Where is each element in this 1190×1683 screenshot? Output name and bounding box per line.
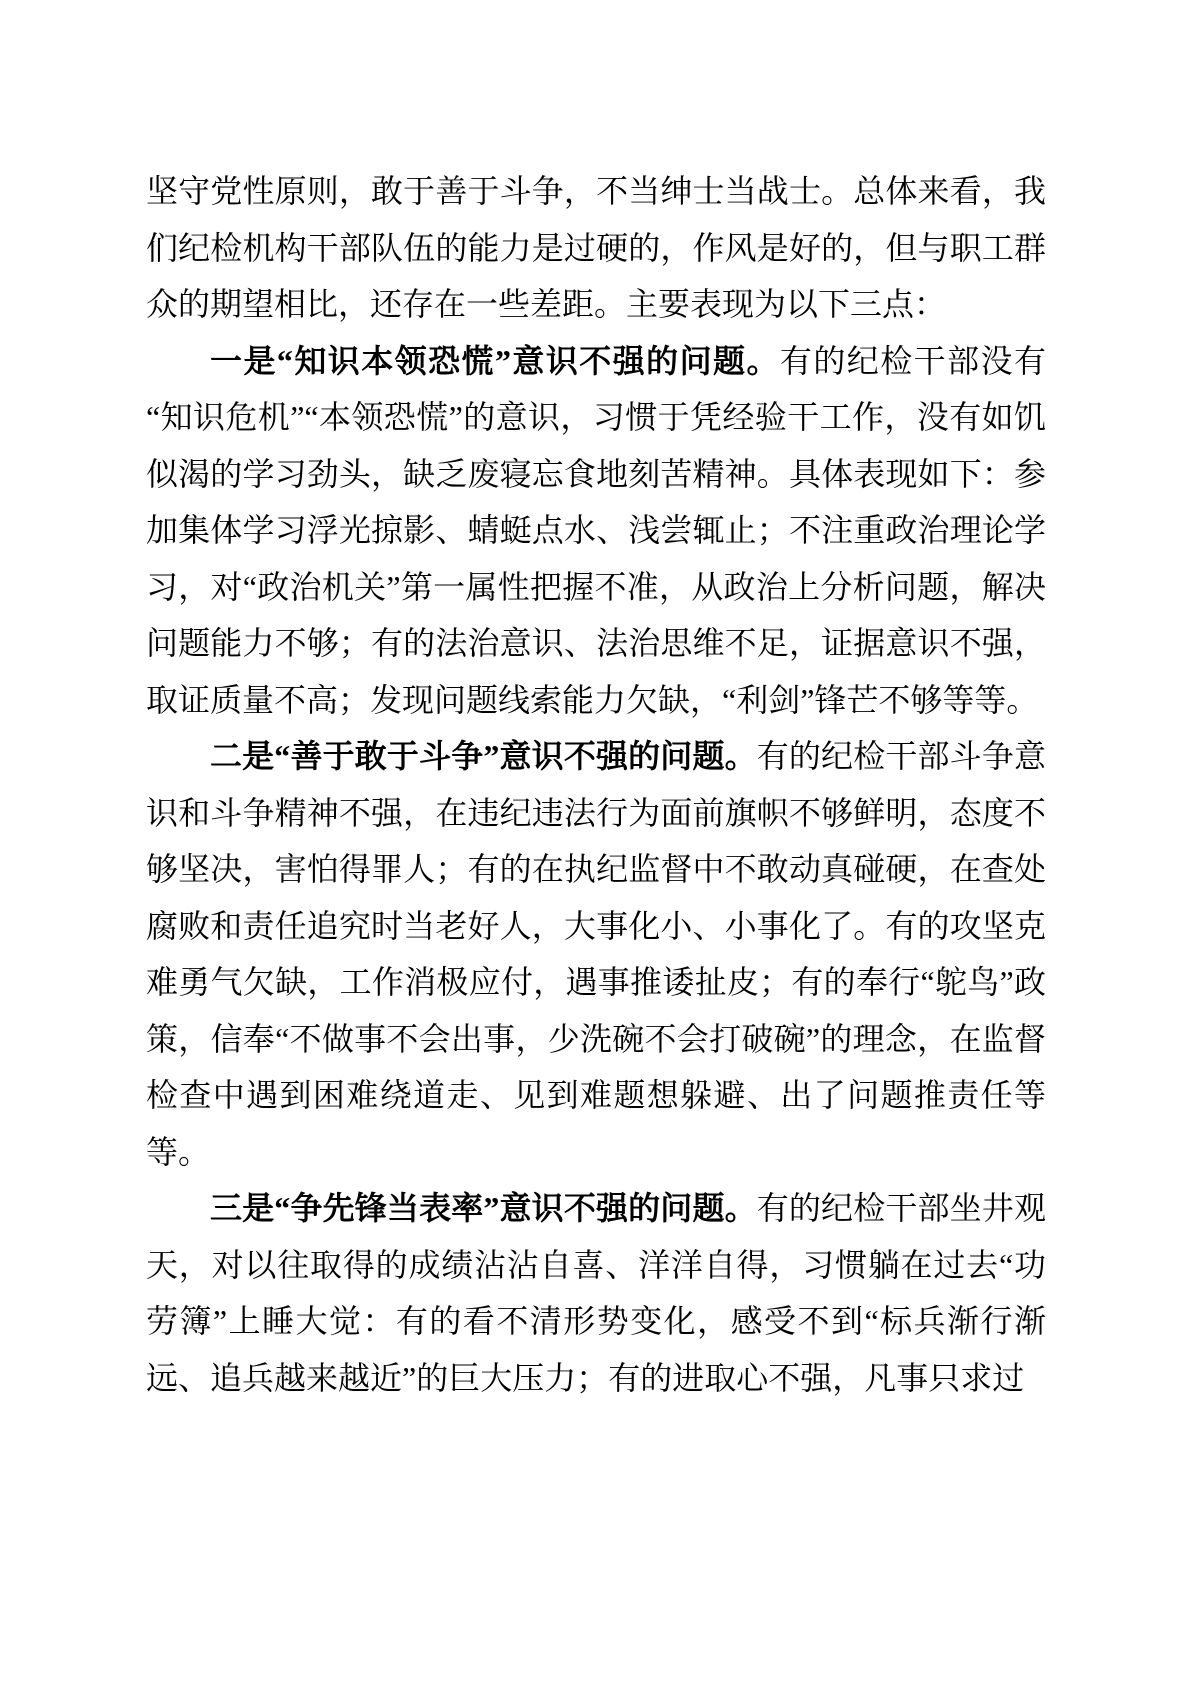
paragraph-continuation-text: 坚守党性原则，敢于善于斗争，不当绅士当战士。总体来看，我们纪检机构干部队伍的能力…	[146, 173, 1046, 322]
paragraph-point-2-text: 有的纪检干部斗争意识和斗争精神不强，在违纪违法行为面前旗帜不够鲜明，态度不够坚决…	[146, 738, 1046, 1170]
paragraph-continuation: 坚守党性原则，敢于善于斗争，不当绅士当战士。总体来看，我们纪检机构干部队伍的能力…	[146, 163, 1046, 333]
paragraph-point-1: 一是“知识本领恐慌”意识不强的问题。有的纪检干部没有“知识危机”“本领恐慌”的意…	[146, 333, 1046, 729]
document-text-block: 坚守党性原则，敢于善于斗争，不当绅士当战士。总体来看，我们纪检机构干部队伍的能力…	[146, 163, 1046, 1406]
paragraph-point-3: 三是“争先锋当表率”意识不强的问题。有的纪检干部坐井观天，对以往取得的成绩沾沾自…	[146, 1180, 1046, 1406]
paragraph-point-2: 二是“善于敢于斗争”意识不强的问题。有的纪检干部斗争意识和斗争精神不强，在违纪违…	[146, 728, 1046, 1180]
paragraph-point-1-lead: 一是“知识本领恐慌”意识不强的问题。	[210, 343, 780, 379]
paragraph-point-3-lead: 三是“争先锋当表率”意识不强的问题。	[210, 1190, 757, 1226]
paragraph-point-2-lead: 二是“善于敢于斗争”意识不强的问题。	[210, 738, 757, 774]
document-page: 坚守党性原则，敢于善于斗争，不当绅士当战士。总体来看，我们纪检机构干部队伍的能力…	[0, 0, 1190, 1683]
paragraph-point-1-text: 有的纪检干部没有“知识危机”“本领恐慌”的意识，习惯于凭经验干工作，没有如饥似渴…	[146, 343, 1046, 718]
